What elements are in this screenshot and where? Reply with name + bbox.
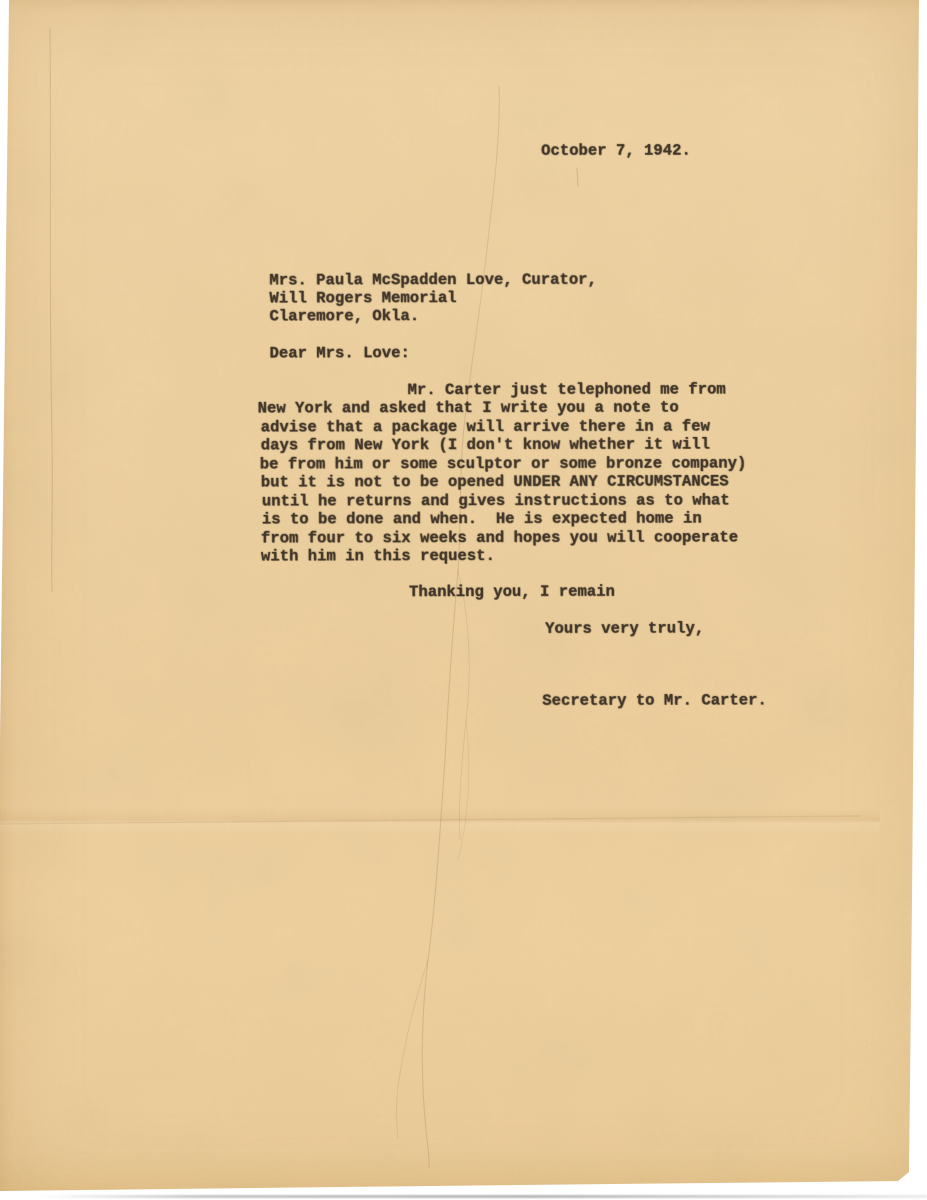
body-line: days from New York (I don't know whether… (261, 435, 710, 454)
body-line: until he returns and gives instructions … (262, 491, 730, 510)
body-line: Mr. Carter just telephoned me from (408, 380, 726, 399)
letter-content: October 7, 1942. Mrs. Paula McSpadden Lo… (0, 0, 927, 1200)
scan-edge-shadow (40, 1195, 927, 1198)
letter-date: October 7, 1942. (541, 142, 691, 160)
letter-paper-sheet: October 7, 1942. Mrs. Paula McSpadden Lo… (0, 0, 927, 1200)
salutation: Dear Mrs. Love: (269, 344, 409, 362)
recipient-org-line: Will Rogers Memorial (269, 289, 456, 307)
body-line: but it is not to be opened UNDER ANY CIR… (261, 472, 729, 491)
body-line: advise that a package will arrive there … (261, 417, 710, 436)
signature-title-line: Secretary to Mr. Carter. (542, 691, 767, 709)
valediction-line: Yours very truly, (545, 619, 704, 637)
body-line: with him in this request. (261, 547, 495, 565)
body-line: New York and asked that I write you a no… (258, 399, 679, 418)
body-line: is to be done and when. He is expected h… (262, 510, 702, 529)
recipient-name-line: Mrs. Paula McSpadden Love, Curator, (269, 271, 597, 290)
body-line: from four to six weeks and hopes you wil… (261, 528, 738, 547)
recipient-city-line: Claremore, Okla. (269, 307, 419, 325)
body-line: be from him or some sculptor or some bro… (260, 454, 747, 473)
scanned-letter-page: October 7, 1942. Mrs. Paula McSpadden Lo… (0, 0, 927, 1200)
closing-thanks-line: Thanking you, I remain (409, 583, 615, 601)
